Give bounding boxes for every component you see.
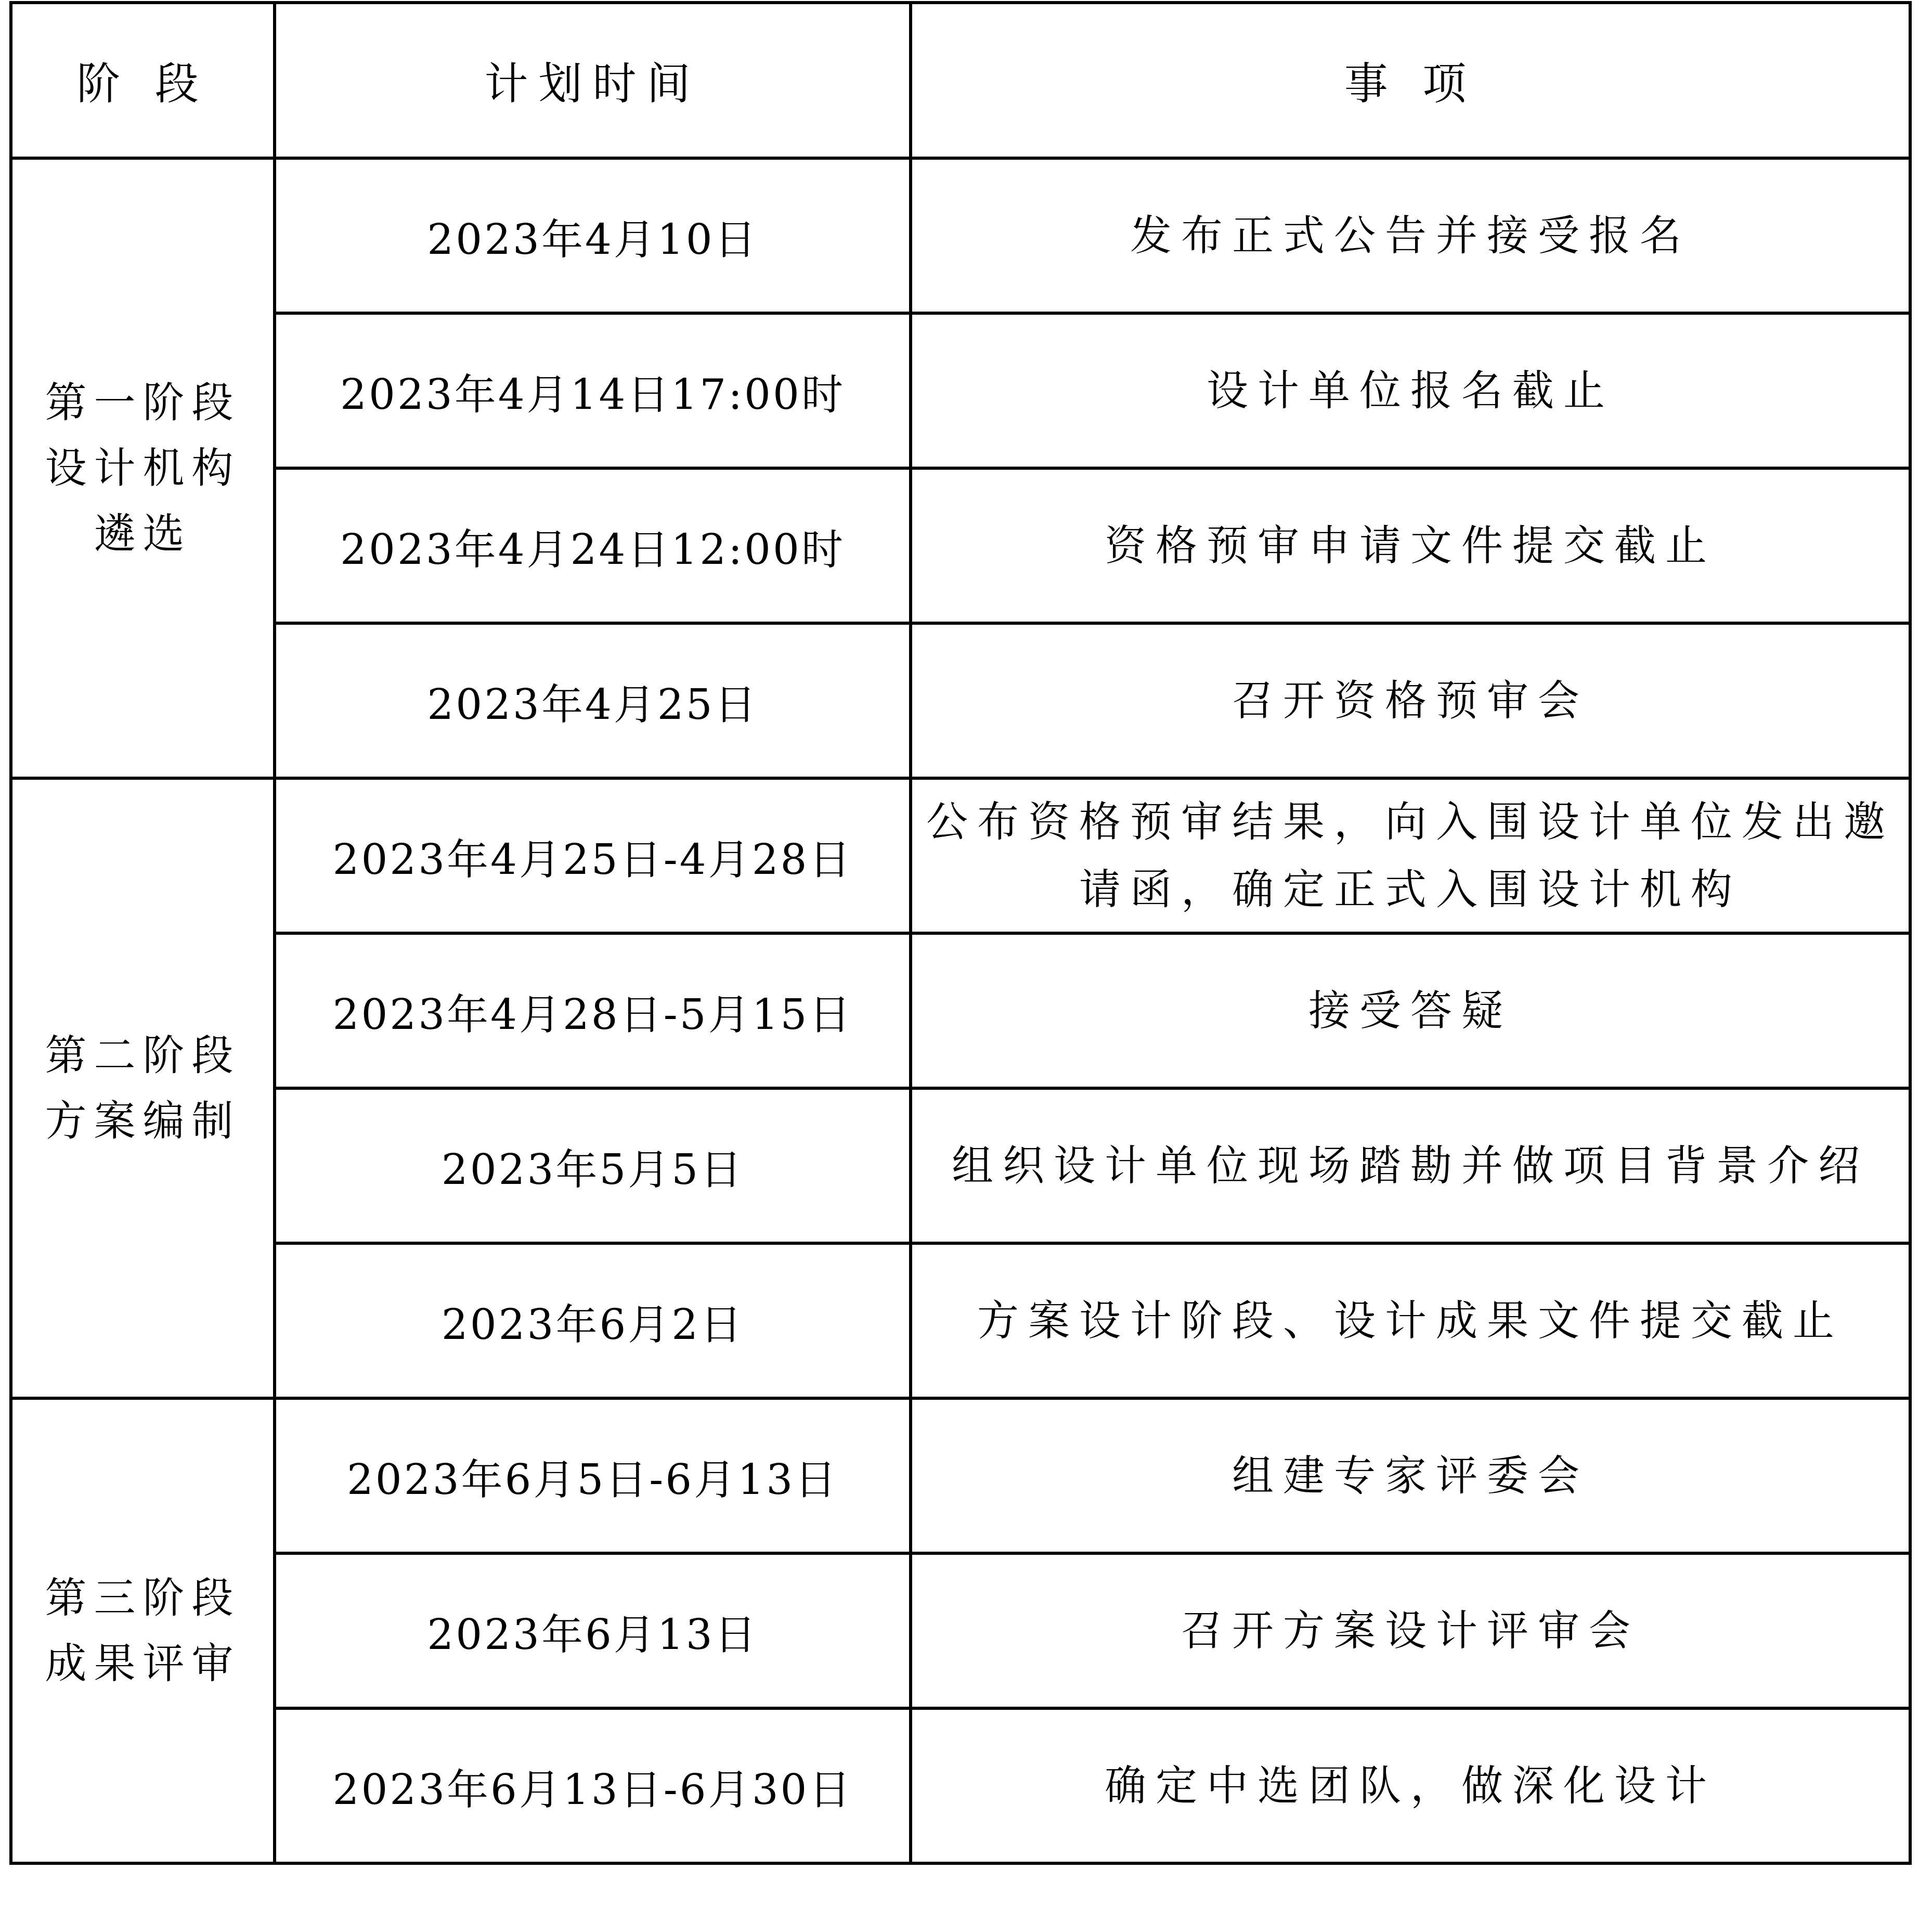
item-cell: 召开资格预审会 xyxy=(911,623,1910,778)
time-cell: 2023年4月28日-5月15日 xyxy=(275,933,911,1088)
header-item-label: 事 项 xyxy=(1344,58,1477,109)
schedule-table: 阶 段 计划时间 事 项 第一阶段 设计机构 遴选 2023年4月10日 发布正… xyxy=(9,1,1912,1865)
time-cell: 2023年6月5日-6月13日 xyxy=(275,1398,911,1553)
stage-label-line: 第三阶段 xyxy=(23,1565,263,1631)
item-cell: 设计单位报名截止 xyxy=(911,313,1910,468)
time-cell: 2023年4月25日-4月28日 xyxy=(275,778,911,933)
time-cell: 2023年4月10日 xyxy=(275,158,911,313)
table-row: 2023年6月13日-6月30日 确定中选团队，做深化设计 xyxy=(11,1708,1910,1863)
time-cell: 2023年6月13日-6月30日 xyxy=(275,1708,911,1863)
header-row: 阶 段 计划时间 事 项 xyxy=(11,3,1910,158)
table-row: 2023年4月24日12:00时 资格预审申请文件提交截止 xyxy=(11,468,1910,623)
stage-label-line: 成果评审 xyxy=(23,1631,263,1696)
stage-cell-1: 第一阶段 设计机构 遴选 xyxy=(11,158,275,778)
stage-label-line: 第一阶段 xyxy=(23,370,263,435)
header-stage-label: 阶 段 xyxy=(76,58,209,109)
header-planned-time: 计划时间 xyxy=(275,3,911,158)
table-row: 2023年5月5日 组织设计单位现场踏勘并做项目背景介绍 xyxy=(11,1088,1910,1243)
stage-cell-3: 第三阶段 成果评审 xyxy=(11,1398,275,1863)
stage-label-line: 第二阶段 xyxy=(23,1023,263,1088)
time-cell: 2023年4月14日17:00时 xyxy=(275,313,911,468)
item-cell: 确定中选团队，做深化设计 xyxy=(911,1708,1910,1863)
header-item: 事 项 xyxy=(911,3,1910,158)
item-cell: 接受答疑 xyxy=(911,933,1910,1088)
item-cell: 资格预审申请文件提交截止 xyxy=(911,468,1910,623)
item-cell: 组建专家评委会 xyxy=(911,1398,1910,1553)
stage-label-line: 遴选 xyxy=(23,501,263,566)
item-cell: 召开方案设计评审会 xyxy=(911,1553,1910,1708)
item-cell: 公布资格预审结果，向入围设计单位发出邀请函，确定正式入围设计机构 xyxy=(911,778,1910,933)
time-cell: 2023年6月13日 xyxy=(275,1553,911,1708)
table-row: 2023年4月28日-5月15日 接受答疑 xyxy=(11,933,1910,1088)
stage-label-line: 方案编制 xyxy=(23,1088,263,1154)
item-cell: 组织设计单位现场踏勘并做项目背景介绍 xyxy=(911,1088,1910,1243)
item-cell: 发布正式公告并接受报名 xyxy=(911,158,1910,313)
header-stage: 阶 段 xyxy=(11,3,275,158)
time-cell: 2023年5月5日 xyxy=(275,1088,911,1243)
time-cell: 2023年6月2日 xyxy=(275,1243,911,1398)
item-cell: 方案设计阶段、设计成果文件提交截止 xyxy=(911,1243,1910,1398)
table-row: 2023年4月14日17:00时 设计单位报名截止 xyxy=(11,313,1910,468)
stage-cell-2: 第二阶段 方案编制 xyxy=(11,778,275,1398)
table-row: 2023年6月13日 召开方案设计评审会 xyxy=(11,1553,1910,1708)
stage-label-line: 设计机构 xyxy=(23,435,263,501)
time-cell: 2023年4月24日12:00时 xyxy=(275,468,911,623)
table-row: 2023年6月2日 方案设计阶段、设计成果文件提交截止 xyxy=(11,1243,1910,1398)
table-row: 2023年4月25日 召开资格预审会 xyxy=(11,623,1910,778)
table-row: 第三阶段 成果评审 2023年6月5日-6月13日 组建专家评委会 xyxy=(11,1398,1910,1553)
table-row: 第二阶段 方案编制 2023年4月25日-4月28日 公布资格预审结果，向入围设… xyxy=(11,778,1910,933)
time-cell: 2023年4月25日 xyxy=(275,623,911,778)
header-planned-time-label: 计划时间 xyxy=(484,58,701,109)
table-row: 第一阶段 设计机构 遴选 2023年4月10日 发布正式公告并接受报名 xyxy=(11,158,1910,313)
